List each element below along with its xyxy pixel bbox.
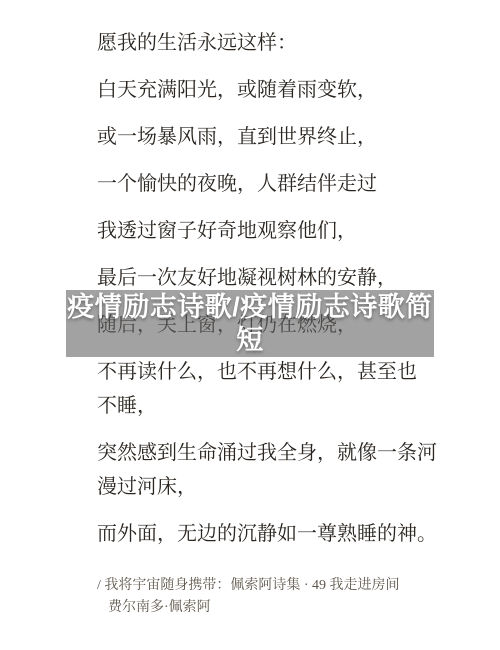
poem-stanza: 我透过窗子好奇地观察他们， [97,214,442,248]
poem-line: 愿我的生活永远这样： [97,32,297,54]
poem-stanza: 或一场暴风雨，直到世界终止， [97,120,442,154]
poem-line: 不再读什么，也不再想什么，甚至也 [97,361,417,383]
source-author: 费尔南多·佩索阿 [97,597,400,619]
poem-line: 白天充满阳光，或随着雨变软， [97,79,377,101]
poem-line: 突然感到生命涌过我全身，就像一条河 [97,442,437,464]
poem-line: 不睡， [97,389,442,423]
poem-stanza: 而外面，无边的沉静如一尊熟睡的神。 [97,517,442,551]
poem-stanza: 突然感到生命涌过我全身，就像一条河 漫过河床， [97,436,442,504]
poem-stanza: 白天充满阳光，或随着雨变软， [97,73,442,107]
poem-line: 最后一次友好地凝视树林的安静， [97,267,397,289]
page-title: 疫情励志诗歌/疫情励志诗歌简 [67,291,433,324]
poem-stanza: 不再读什么，也不再想什么，甚至也 不睡， [97,355,442,423]
poem-line: 漫过河床， [97,470,442,504]
page-title-wrap: 短 [236,324,264,357]
article-page: 愿我的生活永远这样： 白天充满阳光，或随着雨变软， 或一场暴风雨，直到世界终止，… [0,0,500,650]
source-attribution: / 我将宇宙随身携带：佩索阿诗集 · 49 我走进房间 费尔南多·佩索阿 [97,575,400,619]
poem-line: 一个愉快的夜晚，人群结伴走过 [97,173,377,195]
poem-stanza: 一个愉快的夜晚，人群结伴走过 [97,167,442,201]
poem-line: 而外面，无边的沉静如一尊熟睡的神。 [97,523,437,545]
poem-stanza: 愿我的生活永远这样： [97,26,442,60]
title-overlay-band: 疫情励志诗歌/疫情励志诗歌简 短 [66,290,434,357]
poem-line: 或一场暴风雨，直到世界终止， [97,126,377,148]
poem-line: 我透过窗子好奇地观察他们， [97,220,357,242]
source-title: / 我将宇宙随身携带：佩索阿诗集 · 49 我走进房间 [97,575,400,597]
